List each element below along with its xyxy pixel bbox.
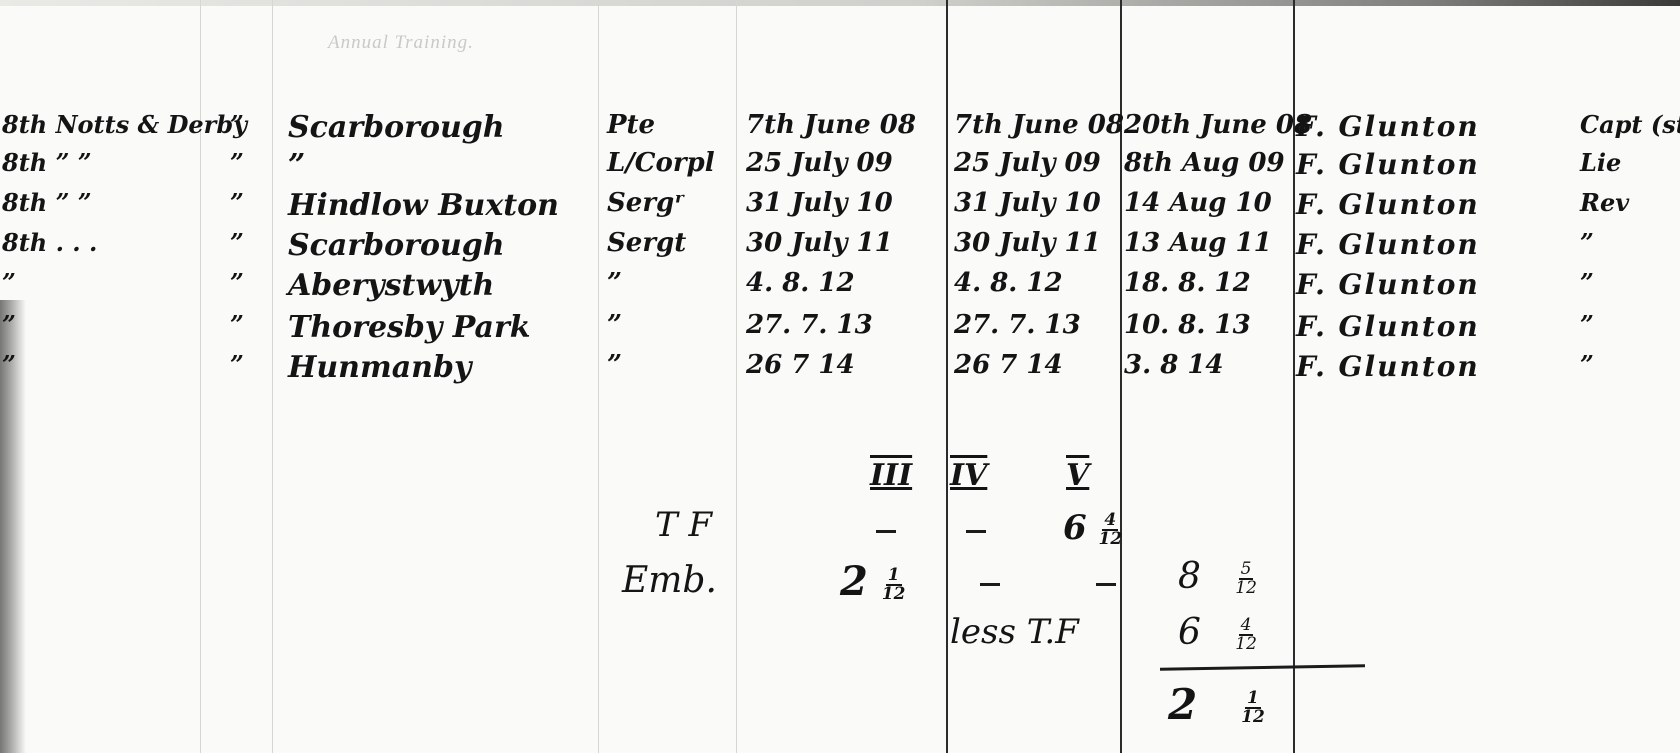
rank-cell: L/Corpl <box>607 148 715 178</box>
dash <box>980 583 1000 586</box>
date-return-cell: 14 Aug 10 <box>1124 188 1272 218</box>
signatory-rank-cell: ” <box>1580 268 1594 297</box>
date-return-cell: 13 Aug 11 <box>1124 228 1272 258</box>
printed-header: Annual Training. <box>328 32 474 54</box>
rank-cell: Pte <box>607 110 655 140</box>
table-row: ””Thoresby Park”27. 7. 1327. 7. 1310. 8.… <box>0 310 1680 350</box>
rank-cell: Sergt <box>607 228 686 258</box>
date-to-cell: 30 July 11 <box>954 228 1101 258</box>
corps-cell: ” <box>2 350 16 379</box>
emb-value-iii: 2 112 <box>840 558 905 605</box>
date-from-cell: 31 July 10 <box>746 188 893 218</box>
date-return-cell: 8th Aug 09 <box>1124 148 1285 178</box>
place-cell: Hindlow Buxton <box>288 188 559 223</box>
signatory-rank-cell: Capt (struck) – Sigʳ <box>1580 110 1680 139</box>
calc-line-2: 6 412 <box>1178 612 1257 653</box>
roman-header-v: V <box>1066 458 1089 493</box>
date-to-cell: 31 July 10 <box>954 188 1101 218</box>
date-to-cell: 4. 8. 12 <box>954 268 1063 298</box>
tf-label: T F <box>655 505 712 545</box>
corps-cell: 8th ” ” <box>2 188 92 217</box>
signature-cell: F. Glunton <box>1296 268 1480 301</box>
table-row: 8th ” ””Hindlow BuxtonSergʳ31 July 1031 … <box>0 188 1680 228</box>
rank-cell: ” <box>607 350 622 380</box>
signatory-rank-cell: ” <box>1580 228 1594 257</box>
ditto-cell: ” <box>230 228 244 257</box>
dash <box>966 530 986 533</box>
date-return-cell: 18. 8. 12 <box>1124 268 1251 298</box>
place-cell: Scarborough <box>288 110 505 145</box>
ditto-cell: ” <box>230 110 244 139</box>
place-cell: Scarborough <box>288 228 505 263</box>
emb-label: Emb. <box>622 560 717 601</box>
date-from-cell: 27. 7. 13 <box>746 310 873 340</box>
signatory-rank-cell: Lie <box>1580 148 1621 177</box>
emb-value-v: 6 412 <box>1063 508 1122 548</box>
less-tf-label: less T.F <box>950 612 1079 652</box>
calc-result: 2 112 <box>1168 680 1265 729</box>
dash <box>1096 583 1116 586</box>
place-cell: Thoresby Park <box>288 310 531 345</box>
rank-cell: ” <box>607 268 622 298</box>
table-row: 8th Notts & Derby”ScarboroughPte7th June… <box>0 110 1680 150</box>
dash <box>876 530 896 533</box>
date-from-cell: 26 7 14 <box>746 350 855 380</box>
date-from-cell: 30 July 11 <box>746 228 893 258</box>
table-row: 8th . . .”ScarboroughSergt30 July 1130 J… <box>0 228 1680 268</box>
roman-header-iii: III <box>870 458 912 493</box>
ledger-page: Annual Training. 8th Notts & Derby”Scarb… <box>0 0 1680 753</box>
roman-header-iv: IV <box>950 458 987 493</box>
sum-rule <box>1160 664 1365 671</box>
ditto-cell: ” <box>230 310 244 339</box>
signature-cell: F. Glunton <box>1296 310 1480 343</box>
signature-cell: F. Glunton <box>1296 188 1480 221</box>
calc-line-1: 8 512 <box>1178 556 1257 597</box>
ditto-cell: ” <box>230 268 244 297</box>
table-row: 8th ” ”””L/Corpl25 July 0925 July 098th … <box>0 148 1680 188</box>
date-return-cell: 10. 8. 13 <box>1124 310 1251 340</box>
date-from-cell: 7th June 08 <box>746 110 916 140</box>
corps-cell: 8th . . . <box>2 228 97 257</box>
rank-cell: Sergʳ <box>607 188 685 218</box>
signature-cell: F. Glunton <box>1296 110 1480 143</box>
date-from-cell: 4. 8. 12 <box>746 268 855 298</box>
table-row: ””Hunmanby”26 7 1426 7 143. 8 14F. Glunt… <box>0 350 1680 390</box>
signatory-rank-cell: Rev <box>1580 188 1629 217</box>
place-cell: Aberystwyth <box>288 268 494 303</box>
date-from-cell: 25 July 09 <box>746 148 893 178</box>
place-cell: ” <box>288 148 305 183</box>
date-return-cell: 20th June 08 <box>1124 110 1312 140</box>
date-return-cell: 3. 8 14 <box>1124 350 1224 380</box>
scan-top-edge <box>0 0 1680 6</box>
ditto-cell: ” <box>230 148 244 177</box>
corps-cell: 8th ” ” <box>2 148 92 177</box>
signature-cell: F. Glunton <box>1296 148 1480 181</box>
signature-cell: F. Glunton <box>1296 228 1480 261</box>
ditto-cell: ” <box>230 188 244 217</box>
ditto-cell: ” <box>230 350 244 379</box>
corps-cell: 8th Notts & Derby <box>2 110 247 139</box>
place-cell: Hunmanby <box>288 350 471 385</box>
signature-cell: F. Glunton <box>1296 350 1480 383</box>
signatory-rank-cell: ” <box>1580 350 1594 379</box>
table-row: ””Aberystwyth”4. 8. 124. 8. 1218. 8. 12F… <box>0 268 1680 308</box>
date-to-cell: 25 July 09 <box>954 148 1101 178</box>
date-to-cell: 26 7 14 <box>954 350 1063 380</box>
date-to-cell: 7th June 08 <box>954 110 1124 140</box>
signatory-rank-cell: ” <box>1580 310 1594 339</box>
date-to-cell: 27. 7. 13 <box>954 310 1081 340</box>
corps-cell: ” <box>2 310 16 339</box>
corps-cell: ” <box>2 268 16 297</box>
rank-cell: ” <box>607 310 622 340</box>
